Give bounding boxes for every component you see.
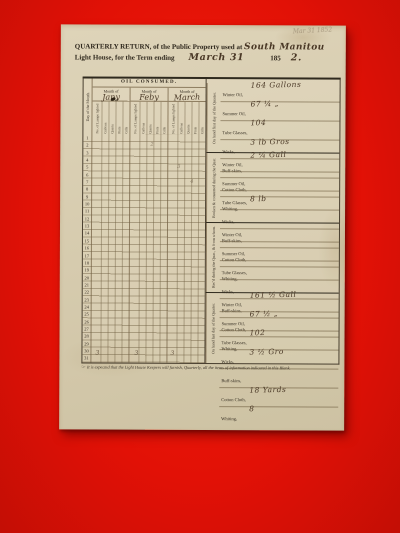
subcolumn-label: Gallons	[179, 104, 183, 134]
document-paper: Mar 31 1852 QUARTERLY RETURN, of the Pub…	[59, 24, 346, 430]
subcolumn-label: Quarts	[148, 104, 152, 134]
title-year-printed: 185	[270, 54, 281, 62]
supply-item-label: Buff-skins,	[221, 378, 241, 383]
supply-row: Winter Oil,164 Gallons	[221, 83, 340, 103]
section-rows: Winter Oil,2 ¼ GallSummer Oil,Tube Glass…	[220, 153, 339, 223]
supply-item-label: Summer Oil,	[222, 111, 245, 116]
supply-row: Summer Oil,67 ½ „	[220, 312, 339, 332]
tally-mark: 3	[170, 350, 174, 357]
stray-mark: 2	[150, 142, 153, 148]
section-rows: Winter Oil,164 GallonsSummer Oil,67 ¼ „T…	[220, 83, 339, 153]
supply-item-label: Tube Glasses,	[222, 270, 247, 275]
day-number: 17	[83, 252, 91, 259]
supply-row: Summer Oil,	[220, 242, 339, 262]
supply-item-label: Cotton Cloth,	[221, 397, 246, 402]
month-group: Month ofFebyNo. of Lamps lightedGallonsQ…	[129, 88, 168, 363]
supply-row: Winter Oil,2 ¼ Gall	[220, 153, 339, 173]
day-number: 7	[83, 179, 91, 186]
supply-item-label: Winter Oil,	[222, 232, 242, 237]
subcolumn-label: Gallons	[141, 104, 145, 134]
title-line2-printed: Light House, for the Term ending	[75, 53, 175, 61]
day-number: 24	[83, 303, 91, 310]
day-numbers: 1234567891011121314151617181920212223242…	[82, 134, 91, 362]
supply-item-label: Tube Glasses,	[222, 130, 247, 135]
supply-value-handwritten: 67 ½ „	[250, 309, 279, 319]
supply-value-handwritten: 102	[249, 328, 265, 337]
day-number: 30	[82, 347, 90, 354]
section-label: On hand last day of the Quarter.	[205, 293, 219, 363]
day-number: 15	[83, 237, 91, 244]
subcolumn-label: Quarts	[186, 104, 190, 134]
day-number: 6	[83, 171, 91, 178]
day-number: 22	[83, 289, 91, 296]
day-number: 8	[83, 186, 91, 193]
supplies-section: On hand last day of the Quarter.Winter O…	[205, 293, 338, 364]
supply-item-label: Winter Oil,	[223, 92, 243, 97]
day-number: 18	[83, 259, 91, 266]
supply-value-handwritten: 164 Gallons	[251, 80, 302, 90]
day-number: 10	[83, 201, 91, 208]
section-label: Broken & consumed during the Quar.	[206, 153, 220, 222]
day-number: 28	[83, 333, 91, 340]
day-number: 11	[83, 208, 91, 215]
grid-column: Gills	[160, 102, 167, 363]
pencil-note: Mar 31 1852	[292, 27, 332, 36]
supply-row: Winter Oil,161 ½ Gall	[220, 293, 339, 313]
stray-mark: 4	[190, 179, 193, 185]
supply-value-handwritten: 161 ½ Gall	[250, 290, 297, 300]
supply-item-label: Summer Oil,	[222, 251, 245, 256]
subcolumn-label: Gills	[200, 104, 204, 134]
month-groups: Month ofJanyNo. of Lamps lightedGallonsQ…	[91, 88, 205, 363]
supply-item-label: Wicks,	[221, 359, 233, 364]
supply-row: Tube Glasses,	[220, 191, 339, 211]
section-rows: Winter Oil,161 ½ GallSummer Oil,67 ½ „Tu…	[219, 293, 338, 364]
stray-mark: 3	[177, 164, 180, 170]
supplies-section: Broken & consumed during the Quar.Winter…	[206, 153, 339, 224]
supply-row: Cotton Cloth,18 Yards	[219, 388, 338, 408]
oil-consumed-grid: Day of the Month. 1234567891011121314151…	[82, 78, 206, 363]
supply-item-label: Winter Oil,	[222, 302, 242, 307]
footer-note: ☞ It is expected that the Light House Ke…	[81, 364, 327, 372]
day-number: 5	[83, 164, 91, 171]
supply-value-handwritten: 104	[250, 118, 266, 127]
title-line-2: Light House, for the Term endingMarch 31…	[75, 51, 339, 64]
subcolumn-label: No. of Lamps lighted	[95, 104, 99, 134]
months-area: OIL CONSUMED. Month ofJanyNo. of Lamps l…	[91, 79, 205, 363]
footer-text: It is expected that the Light House Keep…	[87, 364, 291, 370]
grid-column: Gills	[122, 102, 129, 363]
pointing-hand-icon: ☞	[81, 364, 86, 370]
supply-value-handwritten: 8	[249, 404, 254, 413]
day-number: 3	[83, 149, 91, 156]
section-rows: Winter Oil,Summer Oil,Tube Glasses,Wicks…	[220, 223, 339, 293]
month-group: Month ofJanyNo. of Lamps lightedGallonsQ…	[91, 88, 130, 363]
oil-consumed-header: OIL CONSUMED.	[93, 79, 206, 88]
subcolumn-label: Pints	[117, 104, 121, 134]
month-subcolumns: No. of Lamps lightedGallonsQuartsPintsGi…	[167, 102, 205, 363]
day-number: 23	[83, 296, 91, 303]
supply-item-label: Tube Glasses,	[222, 200, 247, 205]
photo-background: Mar 31 1852 QUARTERLY RETURN, of the Pub…	[0, 0, 400, 533]
month-subcolumns: No. of Lamps lightedGallonsQuartsPintsGi…	[129, 102, 167, 363]
month-name-handwritten: March	[168, 93, 205, 101]
subcolumn-label: No. of Lamps lighted	[133, 104, 137, 134]
day-number: 1	[83, 134, 91, 141]
tally-mark: 3	[134, 350, 138, 357]
subcolumn-label: Pints	[155, 104, 159, 134]
supplies-panel: On hand first day of the Quarter.Winter …	[205, 79, 339, 364]
return-table: Day of the Month. 1234567891011121314151…	[81, 76, 340, 364]
day-number: 2	[83, 142, 91, 149]
supply-value-handwritten: 2 ¼ Gall	[250, 150, 286, 160]
form-title: QUARTERLY RETURN, of the Public Property…	[75, 41, 339, 64]
supply-item-label: Summer Oil,	[222, 181, 245, 186]
day-number: 19	[83, 267, 91, 274]
day-column-label: Day of the Month.	[83, 78, 91, 134]
supply-item-label: Whiting,	[221, 416, 237, 421]
supply-row: Summer Oil,	[220, 172, 339, 192]
title-line1-handwritten: South Manitou	[244, 42, 325, 52]
section-label: Rec'd during the Quar., & from whom.	[206, 223, 220, 292]
supply-row: Winter Oil,	[220, 223, 339, 243]
day-number: 14	[83, 230, 91, 237]
grid-column: Gills	[198, 102, 205, 363]
supply-value-handwritten: 67 ¼ „	[250, 99, 279, 109]
supply-value-handwritten: 18 Yards	[249, 385, 286, 395]
title-line1-printed: QUARTERLY RETURN, of the Public Property…	[75, 42, 243, 51]
supply-value-handwritten: 3 ½ Gro	[249, 347, 284, 357]
supplies-section: On hand first day of the Quarter.Winter …	[206, 83, 339, 154]
day-number: 27	[83, 325, 91, 332]
title-date-handwritten: March 31	[189, 52, 245, 63]
day-number: 12	[83, 215, 91, 222]
supply-row: Summer Oil,67 ¼ „	[220, 102, 339, 122]
supply-value-handwritten: 3 lb Gros	[250, 137, 289, 147]
day-number: 16	[83, 245, 91, 252]
day-number: 13	[83, 223, 91, 230]
subcolumn-label: Quarts	[110, 104, 114, 134]
subcolumn-label: Gills	[124, 104, 128, 134]
day-number: 4	[83, 157, 91, 164]
day-number: 31	[82, 355, 90, 362]
day-number: 21	[83, 281, 91, 288]
month-name-handwritten: Feby	[130, 93, 167, 101]
day-number: 9	[83, 193, 91, 200]
day-number: 25	[83, 311, 91, 318]
supply-item-label: Summer Oil,	[222, 321, 245, 326]
supply-item-label: Tube Glasses,	[221, 340, 246, 345]
month-subcolumns: No. of Lamps lightedGallonsQuartsPintsGi…	[91, 102, 129, 363]
section-label: On hand first day of the Quarter.	[206, 83, 220, 152]
month-header: Month ofMarch	[169, 88, 206, 102]
day-number: 26	[83, 318, 91, 325]
supply-row: Whiting,8	[219, 407, 338, 426]
subcolumn-label: Pints	[193, 104, 197, 134]
subcolumn-label: Gills	[162, 104, 166, 134]
supplies-section: Rec'd during the Quar., & from whom.Wint…	[206, 223, 339, 294]
day-number: 29	[82, 340, 90, 347]
subcolumn-label: Gallons	[103, 104, 107, 134]
subcolumn-label: No. of Lamps lighted	[171, 104, 175, 134]
supply-item-label: Winter Oil,	[222, 162, 242, 167]
title-year-handwritten: 2.	[291, 52, 302, 63]
day-number: 20	[83, 274, 91, 281]
supply-row: Tube Glasses,	[220, 261, 339, 281]
month-header: Month ofFeby	[131, 88, 168, 102]
tally-mark: 3	[95, 350, 99, 357]
month-group: Month ofMarchNo. of Lamps lightedGallons…	[167, 88, 205, 363]
